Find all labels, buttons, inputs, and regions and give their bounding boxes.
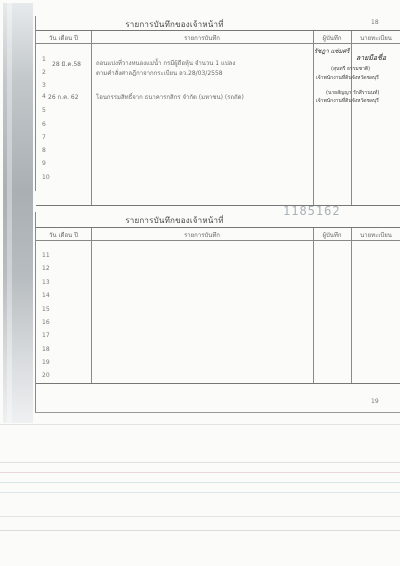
row-number: 4 xyxy=(42,93,46,100)
lower-record-table: วัน เดือน ปี รายการบันทึก ผู้บันทึก นายท… xyxy=(36,227,400,384)
row-number: 5 xyxy=(42,107,46,114)
row-number: 19 xyxy=(42,359,50,366)
ruled-line xyxy=(0,424,400,425)
registrar-signature: ลายมือชื่อ xyxy=(356,53,386,64)
header-recorder: ผู้บันทึก xyxy=(313,230,351,240)
entry-text-line: โอนกรรมสิทธิ์จาก ธนาคารกสิกร จำกัด (มหาช… xyxy=(96,92,244,102)
page-number-18: 18 xyxy=(371,19,379,26)
official-title-2: เจ้าพนักงานที่ดินจังหวัดชลบุรี xyxy=(316,97,379,105)
entry-date: 26 ก.ค. 62 xyxy=(48,92,79,102)
header-registrar: นายทะเบียน xyxy=(351,33,400,43)
row-number: 10 xyxy=(42,174,50,181)
row-number: 12 xyxy=(42,265,50,272)
row-number: 6 xyxy=(42,121,46,128)
official-title-1: เจ้าพนักงานที่ดินจังหวัดชลบุรี xyxy=(316,74,379,82)
row-number: 8 xyxy=(42,147,46,154)
row-number: 9 xyxy=(42,160,46,167)
ruled-line xyxy=(0,462,400,463)
ruled-line xyxy=(0,530,400,531)
column-divider xyxy=(351,31,352,205)
entry-text-line: ถอนแบ่งที่วางหนองแม่น้ำ กรมีผู้ถือหุ้น จ… xyxy=(96,58,235,68)
row-number: 18 xyxy=(42,346,50,353)
row-number: 3 xyxy=(42,82,46,89)
ruled-line xyxy=(0,482,400,483)
official-name-2: (นายสัญญา รักสีรานนท์) xyxy=(326,89,379,97)
scanner-shadow-band xyxy=(3,3,33,423)
column-divider xyxy=(313,228,314,383)
header-entry: รายการบันทึก xyxy=(91,230,313,240)
column-divider xyxy=(91,31,92,205)
upper-record-table: วัน เดือน ปี รายการบันทึก ผู้บันทึก นายท… xyxy=(36,30,400,206)
lower-card-title: รายการบันทึกของเจ้าหน้าที่ xyxy=(36,214,313,227)
row-number: 15 xyxy=(42,306,50,313)
header-date: วัน เดือน ปี xyxy=(36,33,91,43)
recorder-signature: รัชฎา แซ่มศรี xyxy=(314,46,350,56)
entry-text-line: ตามคำสั่งศาลฎีกาจากกระเบียน ลว.28/03/255… xyxy=(96,68,223,78)
header-entry: รายการบันทึก xyxy=(91,33,313,43)
ruled-line xyxy=(0,492,400,493)
official-name-1: (สุนทรี ธรรมชาติ) xyxy=(331,65,370,73)
ruled-line xyxy=(0,516,400,517)
column-divider xyxy=(91,228,92,383)
row-number: 1 xyxy=(42,56,46,63)
row-number: 13 xyxy=(42,279,50,286)
upper-record-card: รายการบันทึกของเจ้าหน้าที่ 18 วัน เดือน … xyxy=(35,16,400,191)
row-number: 14 xyxy=(42,292,50,299)
row-number: 2 xyxy=(42,69,46,76)
row-number: 7 xyxy=(42,134,46,141)
row-number: 20 xyxy=(42,372,50,379)
row-number: 16 xyxy=(42,319,50,326)
page-number-19: 19 xyxy=(371,398,379,405)
header-registrar: นายทะเบียน xyxy=(351,230,400,240)
column-divider xyxy=(351,228,352,383)
lower-record-card: รายการบันทึกของเจ้าหน้าที่ วัน เดือน ปี … xyxy=(35,212,400,413)
row-number: 11 xyxy=(42,252,50,259)
ruled-line xyxy=(0,472,400,473)
header-recorder: ผู้บันทึก xyxy=(313,33,351,43)
column-divider xyxy=(313,31,314,205)
entry-date: 28 มิ.ค.58 xyxy=(52,59,81,69)
row-number: 17 xyxy=(42,332,50,339)
header-date: วัน เดือน ปี xyxy=(36,230,91,240)
